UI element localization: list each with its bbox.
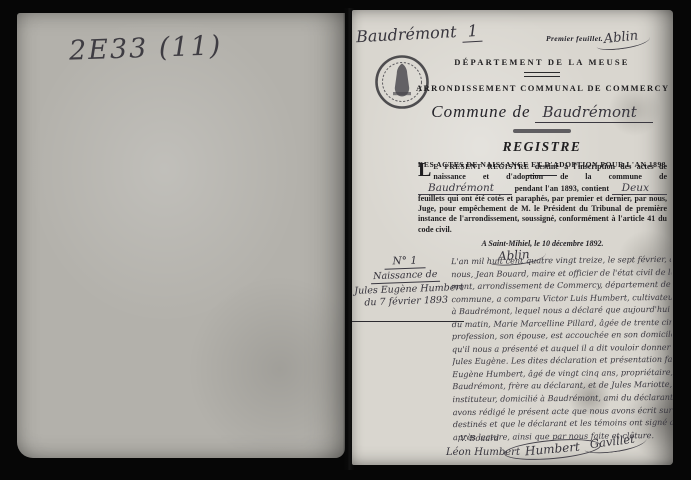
margin-note-line1: Naissance de xyxy=(371,269,440,284)
preamble-text-3: feuillets qui ont été cotés et paraphés,… xyxy=(418,194,667,234)
departement-title: DÉPARTEMENT DE LA MEUSE xyxy=(416,57,668,67)
preamble-text-2: pendant l'an 1893, contient xyxy=(512,184,612,193)
register-title: REGISTRE xyxy=(416,139,668,155)
dropcap-letter: L xyxy=(418,162,431,179)
act-handwritten-text: L'an mil huit cent quatre vingt treize, … xyxy=(451,253,673,443)
archive-catalog-number: 2E33 (11) xyxy=(69,30,223,66)
left-page: 2E33 (11) xyxy=(17,13,345,458)
commune-label: Commune de xyxy=(431,102,530,121)
page-heading: Baudrémont 1 xyxy=(356,21,483,47)
printed-header: DÉPARTEMENT DE LA MEUSE ARRONDISSEMENT C… xyxy=(416,57,668,176)
register-scan: 2E33 (11) Baudrémont 1 Premier feuillet.… xyxy=(0,0,691,480)
commune-line: Commune de Baudrémont xyxy=(416,102,668,122)
insert-commune-handwritten: Baudrémont xyxy=(418,182,512,195)
right-page: Baudrémont 1 Premier feuillet. Ablin DÉP… xyxy=(352,10,673,465)
signature-mayor: V. Bouard xyxy=(460,434,499,443)
commune-name-handwritten: Baudrémont xyxy=(535,103,653,123)
act-number: N° 1 xyxy=(384,254,425,269)
page-heading-commune: Baudrémont xyxy=(356,22,457,46)
preamble-paragraph: LE PRÉSENT REGISTRE destiné à l'inscript… xyxy=(418,162,667,235)
judge-initials-top: Ablin xyxy=(595,27,651,52)
arrondissement-title: ARRONDISSEMENT COMMUNAL DE COMMERCY xyxy=(416,83,668,93)
margin-note-line3: du 7 février 1893 xyxy=(355,294,458,309)
preamble-lead: E PRÉSENT REGISTRE xyxy=(433,163,529,171)
margin-note: N° 1 Naissance de Jules Eugène Humbert d… xyxy=(353,253,458,309)
insert-count-handwritten: Deux xyxy=(612,182,667,195)
margin-rule xyxy=(352,321,464,322)
ornament-divider xyxy=(513,129,571,133)
divider-rule xyxy=(524,72,560,77)
page-heading-number: 1 xyxy=(461,21,482,43)
